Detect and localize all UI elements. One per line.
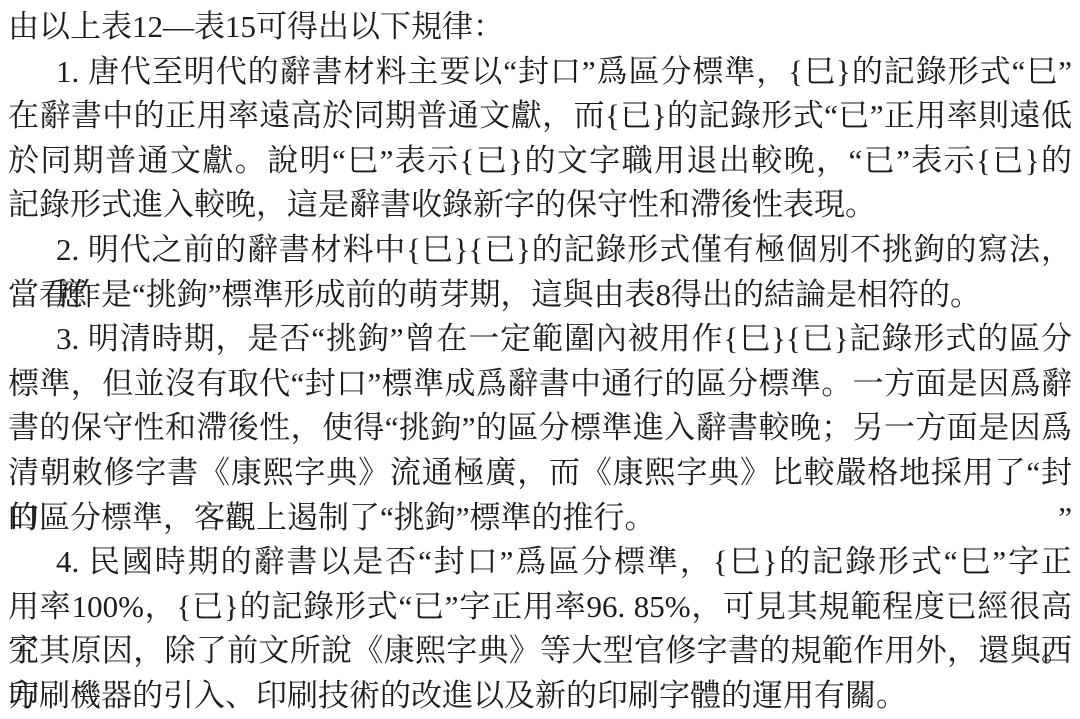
text-line: 當看作是“挑鉤”標準形成前的萌芽期，這與由表8得出的結論是相符的。 bbox=[8, 273, 1072, 318]
text-line: 由以上表12—表15可得出以下規律： bbox=[8, 5, 1072, 50]
text-line: 印刷機器的引入、印刷技術的改進以及新的印刷字體的運用有關。 bbox=[8, 674, 1072, 719]
text-line: 4. 民國時期的辭書以是否“封口”爲區分標準，{巳}的記錄形式“巳”字正 bbox=[8, 540, 1072, 585]
text-line: 3. 明清時期，是否“挑鉤”曾在一定範圍內被用作{巳}{已}記錄形式的區分 bbox=[8, 317, 1072, 362]
text-line: 1. 唐代至明代的辭書材料主要以“封口”爲區分標準，{巳}的記錄形式“巳” bbox=[8, 50, 1072, 95]
text-line: 標準，但並沒有取代“封口”標準成爲辭書中通行的區分標準。一方面是因爲辭 bbox=[8, 362, 1072, 407]
text-line: 清朝敕修字書《康熙字典》流通極廣，而《康熙字典》比較嚴格地採用了“封口” bbox=[8, 451, 1072, 496]
document-page: 由以上表12—表15可得出以下規律： 1. 唐代至明代的辭書材料主要以“封口”爲… bbox=[0, 0, 1080, 719]
text-line: 用率100%，{已}的記錄形式“已”字正用率96. 85%，可見其規範程度已經很… bbox=[8, 585, 1072, 630]
text-line: 究其原因，除了前文所說《康熙字典》等大型官修字書的規範作用外，還與西方 bbox=[8, 629, 1072, 674]
text-line: 在辭書中的正用率遠高於同期普通文獻，而{已}的記錄形式“已”正用率則遠低 bbox=[8, 94, 1072, 139]
text-line: 記錄形式進入較晚，這是辭書收錄新字的保守性和滯後性表現。 bbox=[8, 183, 1072, 228]
text-line: 書的保守性和滯後性，使得“挑鉤”的區分標準進入辭書較晚；另一方面是因爲 bbox=[8, 406, 1072, 451]
text-line: 於同期普通文獻。說明“巳”表示{已}的文字職用退出較晚，“已”表示{已}的 bbox=[8, 139, 1072, 184]
text-line: 2. 明代之前的辭書材料中{巳}{已}的記錄形式僅有極個別不挑鉤的寫法，應 bbox=[8, 228, 1072, 273]
